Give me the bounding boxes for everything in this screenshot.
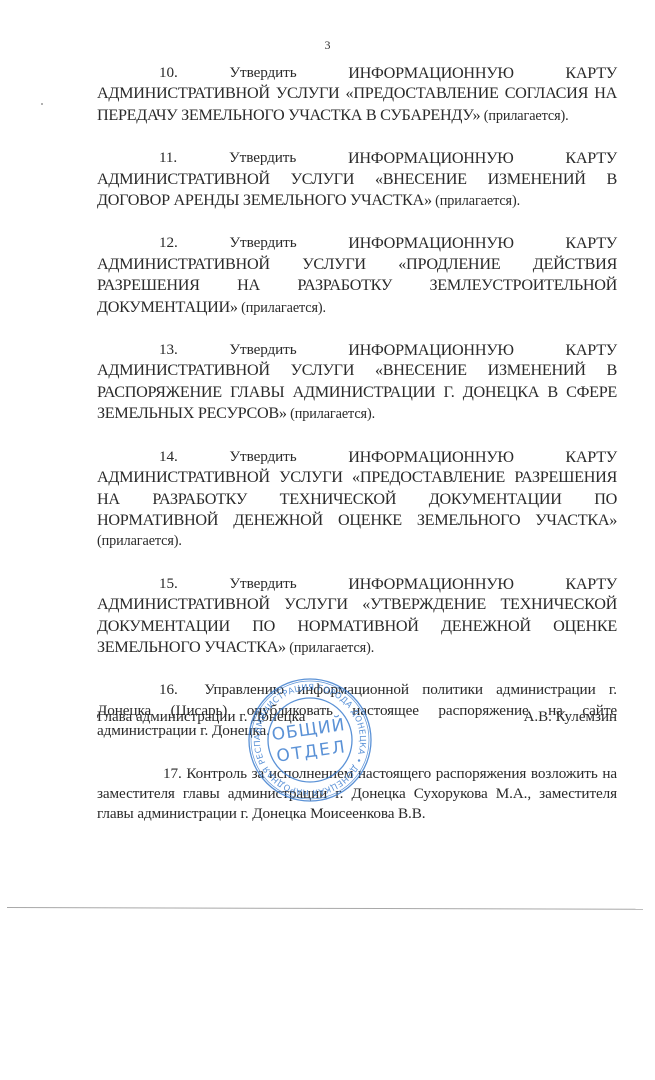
paragraph-first-line-word: КАРТУ <box>565 63 617 83</box>
paragraph-number: 11. <box>159 148 177 168</box>
paragraph-first-line-word: КАРТУ <box>565 233 617 253</box>
approval-paragraph: 11.УтвердитьИНФОРМАЦИОННУЮКАРТУАДМИНИСТР… <box>97 148 617 211</box>
paragraph-first-line-word: ИНФОРМАЦИОННУЮ <box>348 340 514 360</box>
paragraph-first-line: 15.УтвердитьИНФОРМАЦИОННУЮКАРТУ <box>97 574 617 594</box>
paragraph-suffix: (прилагается). <box>286 640 374 656</box>
paragraph-first-line-word: ИНФОРМАЦИОННУЮ <box>348 233 514 253</box>
approval-paragraph: 10.УтвердитьИНФОРМАЦИОННУЮКАРТУАДМИНИСТР… <box>97 63 617 126</box>
paragraph-title: АДМИНИСТРАТИВНОЙ УСЛУГИ «ПРОДЛЕНИЕ ДЕЙСТ… <box>97 255 617 316</box>
paragraph-first-line-word: КАРТУ <box>565 574 617 594</box>
paragraph-title: АДМИНИСТРАТИВНОЙ УСЛУГИ «ВНЕСЕНИЕ ИЗМЕНЕ… <box>97 170 617 209</box>
paragraph-suffix: (прилагается). <box>97 533 182 549</box>
paragraph-suffix: (прилагается). <box>238 300 326 316</box>
paragraph-first-line-word: КАРТУ <box>565 148 617 168</box>
paragraph-first-line: 14.УтвердитьИНФОРМАЦИОННУЮКАРТУ <box>97 447 617 467</box>
paragraph-verb: Утвердить <box>229 63 296 83</box>
approval-paragraph: 15.УтвердитьИНФОРМАЦИОННУЮКАРТУАДМИНИСТР… <box>97 574 617 659</box>
paragraph-number: 15. <box>159 574 178 594</box>
footer-rule <box>7 907 643 910</box>
paragraph-number: 14. <box>159 447 178 467</box>
paragraph-first-line-word: ИНФОРМАЦИОННУЮ <box>348 574 514 594</box>
paragraph-first-line-word: ИНФОРМАЦИОННУЮ <box>348 447 514 467</box>
stamp-outer-ring <box>249 679 371 801</box>
stamp-outer-ring-inner <box>251 681 369 799</box>
page-number: 3 <box>0 38 655 53</box>
paragraph-verb: Утвердить <box>229 574 296 594</box>
approval-paragraph: 14.УтвердитьИНФОРМАЦИОННУЮКАРТУАДМИНИСТР… <box>97 447 617 552</box>
paragraph-title: АДМИНИСТРАТИВНОЙ УСЛУГИ «ПРЕДОСТАВЛЕНИЕ … <box>97 468 617 529</box>
paragraph-suffix: (прилагается). <box>480 108 568 124</box>
signatory-name: А.В. Кулемзин <box>524 709 617 726</box>
paragraph-suffix: (прилагается). <box>432 193 520 209</box>
paragraph-first-line: 12.УтвердитьИНФОРМАЦИОННУЮКАРТУ <box>97 233 617 253</box>
paragraph-suffix: (прилагается). <box>287 406 375 422</box>
paragraph-verb: Утвердить <box>229 233 296 253</box>
paragraph-first-line: 13.УтвердитьИНФОРМАЦИОННУЮКАРТУ <box>97 340 617 360</box>
paragraph-number: 12. <box>159 233 178 253</box>
paragraph-number: 10. <box>159 63 178 83</box>
approval-paragraph: 12.УтвердитьИНФОРМАЦИОННУЮКАРТУАДМИНИСТР… <box>97 233 617 318</box>
approval-paragraphs: 10.УтвердитьИНФОРМАЦИОННУЮКАРТУАДМИНИСТР… <box>97 63 617 658</box>
paragraph-first-line: 11.УтвердитьИНФОРМАЦИОННУЮКАРТУ <box>97 148 617 168</box>
official-stamp: АДМИНИСТРАЦИЯ ГОРОДА ДОНЕЦКА • ДОНЕЦКАЯ … <box>247 677 373 803</box>
paragraph-number: 13. <box>159 340 178 360</box>
paragraph-first-line: 10.УтвердитьИНФОРМАЦИОННУЮКАРТУ <box>97 63 617 83</box>
paragraph-verb: Утвердить <box>229 148 296 168</box>
scan-speck <box>41 103 43 105</box>
paragraph-number: 17. <box>163 764 182 784</box>
paragraph-first-line-word: ИНФОРМАЦИОННУЮ <box>348 148 514 168</box>
paragraph-first-line-word: ИНФОРМАЦИОННУЮ <box>348 63 514 83</box>
paragraph-first-line-word: КАРТУ <box>565 340 617 360</box>
paragraph-verb: Утвердить <box>229 447 296 467</box>
paragraph-first-line-word: КАРТУ <box>565 447 617 467</box>
paragraph-number: 16. <box>159 680 178 700</box>
approval-paragraph: 13.УтвердитьИНФОРМАЦИОННУЮКАРТУАДМИНИСТР… <box>97 340 617 425</box>
paragraph-verb: Утвердить <box>229 340 296 360</box>
